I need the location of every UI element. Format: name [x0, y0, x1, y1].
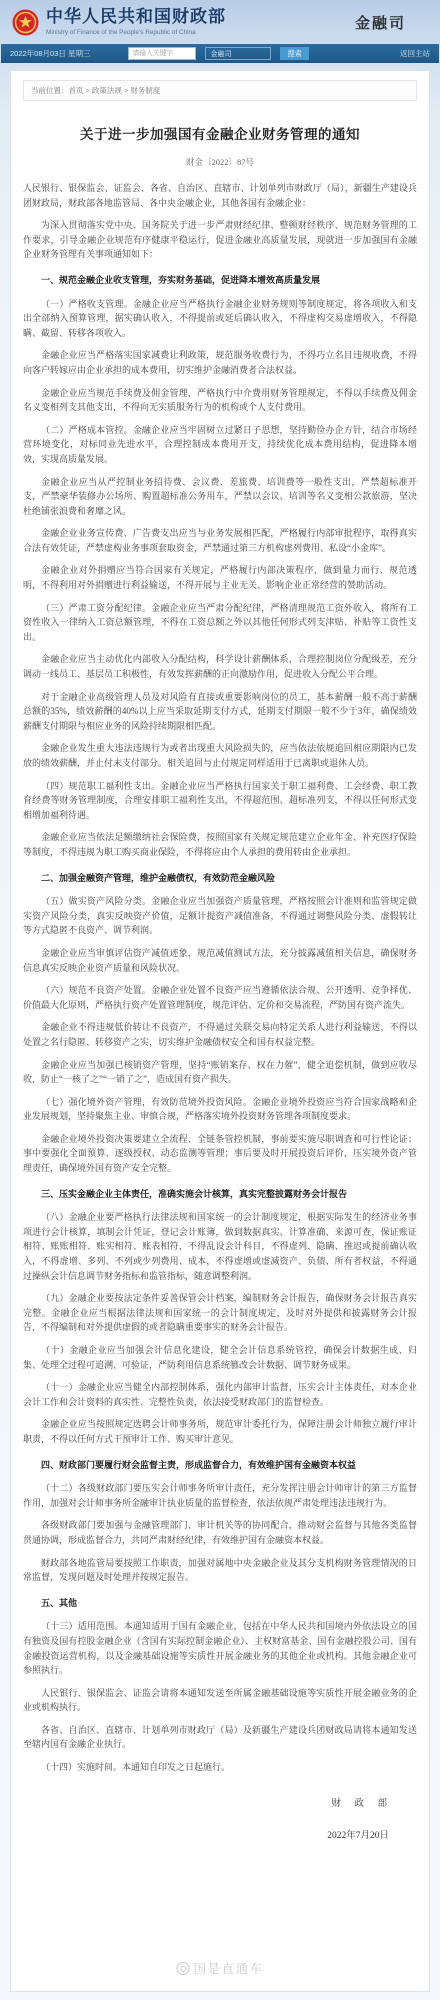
- body-paragraph: （四）规范职工福利性支出。金融企业应当严格执行国家关于职工福利费、工会经费、职工…: [23, 779, 417, 823]
- document-number: 财金〔2022〕87号: [23, 156, 417, 168]
- body-paragraph: （十）金融企业应当加强会计信息化建设，健全会计信息系统管控，确保会计数据生成、归…: [23, 1343, 417, 1372]
- body-paragraph: 人民银行、银保监会、证监会请将本通知发送至所属金融基础设施等实质性开展金融业务的…: [23, 1686, 417, 1715]
- breadcrumb-label: 当前位置：: [31, 86, 69, 95]
- section-heading: 四、财政部门要履行财会监督主责，形成监督合力，有效维护国有金融资本权益: [23, 1458, 417, 1473]
- body-paragraph: （十三）适用范围。本通知适用于国有金融企业，包括在中华人民共和国境内外依法设立的…: [23, 1619, 417, 1677]
- body-paragraph: （三）严肃工资分配纪律。金融企业应当严肃分配纪律，严格清理规范工资外收入，将所有…: [23, 601, 417, 645]
- body-paragraph: 金融企业应当审慎评估资产减值迹象，规范减值测试方法，充分披露减值相关信息，确保财…: [23, 946, 417, 975]
- watermark: 国是直通车: [176, 1959, 263, 1977]
- body-paragraph: （九）金融企业要按法定条件妥善保管会计档案，编制财务会计报告，确保财务会计报告真…: [23, 1291, 417, 1335]
- section-heading: 二、加强金融资产管理，维护金融债权，有效防范金融风险: [23, 871, 417, 886]
- ministry-name-en: Ministry of Finance of the People's Repu…: [46, 29, 226, 36]
- content-card: 当前位置：首页>政策法规>财务制度 关于进一步加强国有金融企业财务管理的通知 财…: [10, 70, 430, 1992]
- body-paragraph: 金融企业应当规范手续费及佣金管理，严格执行中介费用财务管理规定，不得以手续费及佣…: [23, 386, 417, 415]
- article-body: 人民银行、银保监会、证监会、各省、自治区、直辖市、计划单列市财政厅（局），新疆生…: [23, 181, 417, 1775]
- body-paragraph: 各省、自治区、直辖市、计划单列市财政厅（局）及新疆生产建设兵团财政局请将本通知发…: [23, 1723, 417, 1752]
- body-paragraph: 对于金融企业高级管理人员及对风险有直接或重要影响岗位的员工，基本薪酬一般不高于薪…: [23, 690, 417, 734]
- national-emblem-icon: [12, 9, 39, 36]
- body-paragraph: 金融企业应当加强已核销资产管理，坚持“账销案存、权在力催”，健全追偿机制，做到应…: [23, 1058, 417, 1087]
- breadcrumb-items: 首页>政策法规>财务制度: [69, 86, 161, 95]
- body-paragraph: （十四）实施时间。本通知自印发之日起施行。: [23, 1760, 417, 1775]
- search-scope-value: 金融司: [210, 49, 231, 59]
- body-paragraph: 财政部各地监管局要按照工作职责，加强对属地中央金融企业及其分支机构财务管理情况的…: [23, 1556, 417, 1585]
- weibo-watermark-icon: [176, 1962, 189, 1975]
- breadcrumb-item[interactable]: 政策法规: [92, 86, 122, 95]
- body-paragraph: 金融企业应当从严控制业务招待费、会议费、差旅费、培训费等一般性支出，严禁超标准开…: [23, 475, 417, 519]
- body-paragraph: 金融企业不得违规低价转让不良资产，不得通过关联交易向特定关系人进行利益输送，不得…: [23, 1020, 417, 1049]
- breadcrumb-item[interactable]: 财务制度: [130, 86, 160, 95]
- body-paragraph: 金融企业业务宣传费、广告费支出应当与业务发展相匹配，严格履行内部审批程序，取得真…: [23, 526, 417, 555]
- body-paragraph: （十一）金融企业应当健全内部控制体系，强化内部审计监督，压实会计主体责任，对本企…: [23, 1380, 417, 1409]
- signature-org: 财 政 部: [23, 1795, 389, 1809]
- body-paragraph: 人民银行、银保监会、证监会、各省、自治区、直辖市、计划单列市财政厅（局），新疆生…: [23, 181, 417, 210]
- body-paragraph: （一）严格收支管理。金融企业应当严格执行金融企业财务规则等制度规定，将各项收入和…: [23, 297, 417, 341]
- body-paragraph: （五）做实资产风险分类。金融企业应当加强资产质量管理，严格按照会计准则和监管规定…: [23, 894, 417, 938]
- section-heading: 三、压实金融企业主体责任，准确实施会计核算，真实完整披露财务会计报告: [23, 1187, 417, 1202]
- breadcrumb: 当前位置：首页>政策法规>财务制度: [23, 80, 417, 101]
- search-input[interactable]: [128, 47, 196, 60]
- body-paragraph: （七）强化境外资产管理，有效防范境外投资风险。金融企业境外投资应当符合国家战略和…: [23, 1095, 417, 1124]
- body-paragraph: 金融企业应当按照规定选聘会计师事务所，规范审计委托行为，保障注册会计师独立履行审…: [23, 1417, 417, 1446]
- body-paragraph: 各级财政部门要加强与金融管理部门、审计机关等的协同配合，推动财会监督与其他各类监…: [23, 1518, 417, 1547]
- current-date: 2022年08月03日 星期三: [10, 48, 90, 59]
- body-paragraph: 金融企业境外投资决策要建立全流程、全链条管控机制，事前要实施尽职调查和可行性论证…: [23, 1132, 417, 1176]
- signature-date: 2022年7月20日: [23, 1827, 389, 1841]
- body-paragraph: （六）规范不良资产处置。金融企业处置不良资产应当遵循依法合规、公开透明、竞争择优…: [23, 983, 417, 1012]
- body-paragraph: 为深入贯彻落实党中央、国务院关于进一步严肃财经纪律、整顿财经秩序、规范财务管理的…: [23, 218, 417, 262]
- body-paragraph: （十二）各级财政部门要压实会计师事务所审计责任，充分发挥注册会计师审计的第三方监…: [23, 1481, 417, 1510]
- body-paragraph: 金融企业对外捐赠应当符合国家有关规定，严格履行内部决策程序，做到量力而行、规范透…: [23, 563, 417, 592]
- body-paragraph: 金融企业应当依法足额缴纳社会保险费，按照国家有关规定规范建立企业年金、补充医疗保…: [23, 830, 417, 859]
- navbar: 2022年08月03日 星期三 金融司 搜索 返回主站: [1, 44, 439, 63]
- search-button[interactable]: 搜索: [280, 47, 308, 60]
- body-paragraph: （八）金融企业要严格执行法律法规和国家统一的会计制度规定，根据实际发生的经济业务…: [23, 1210, 417, 1283]
- body-paragraph: 金融企业应当主动优化内部收入分配结构，科学设计薪酬体系，合理控制岗位分配级差，充…: [23, 652, 417, 681]
- breadcrumb-separator: >: [86, 86, 90, 95]
- body-paragraph: 金融企业发生重大违法违规行为或者出现重大风险损失的，应当依法依规追回相应期限内已…: [23, 741, 417, 770]
- search-scope-select[interactable]: 金融司: [205, 47, 271, 60]
- ministry-name-cn: 中华人民共和国财政部: [46, 8, 226, 27]
- watermark-text: 国是直通车: [193, 1959, 263, 1977]
- department-name: 金融司: [355, 12, 406, 33]
- site-header: 中华人民共和国财政部 Ministry of Finance of the Pe…: [0, 0, 440, 44]
- breadcrumb-separator: >: [124, 86, 128, 95]
- site-title: 中华人民共和国财政部 Ministry of Finance of the Pe…: [46, 8, 226, 36]
- return-home-link[interactable]: 返回主站: [400, 48, 430, 59]
- page-title: 关于进一步加强国有金融企业财务管理的通知: [23, 123, 417, 143]
- body-paragraph: 金融企业应当严格落实国家减费让利政策，规范服务收费行为，不得巧立名目违规收费，不…: [23, 348, 417, 377]
- section-heading: 五、其他: [23, 1596, 417, 1611]
- signature-block: 财 政 部 2022年7月20日: [23, 1795, 417, 1841]
- section-heading: 一、规范金融企业收支管理，夯实财务基础，促进降本增效高质量发展: [23, 273, 417, 288]
- breadcrumb-item[interactable]: 首页: [69, 86, 84, 95]
- body-paragraph: （二）严格成本管控。金融企业应当牢固树立过紧日子思想，坚持勤俭办企方针，结合市场…: [23, 423, 417, 467]
